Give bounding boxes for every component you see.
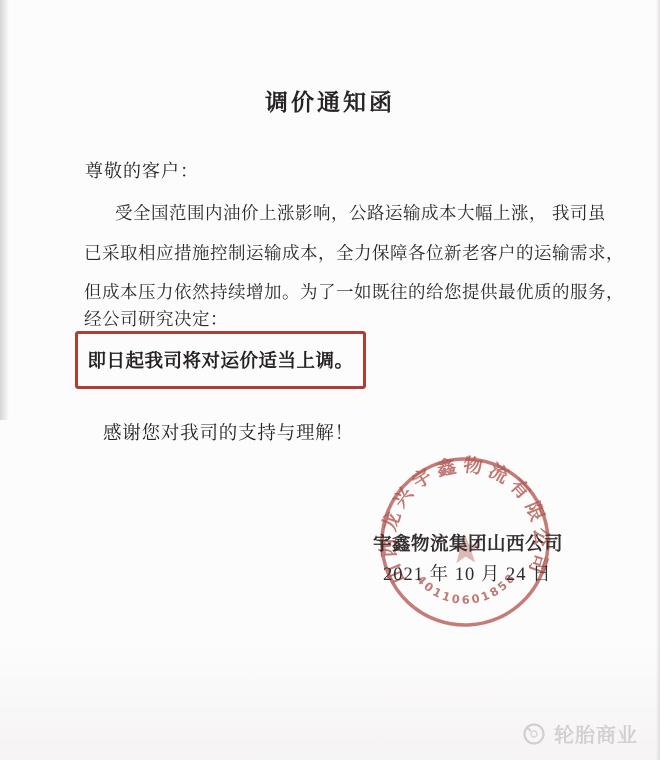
body-line-2: 已采取相应措施控制运输成本，全力保障各位新老客户的运输需求，: [84, 240, 624, 265]
watermark: 轮胎商业: [521, 719, 638, 748]
company-signature: 宇鑫物流集团山西公司: [373, 530, 563, 556]
tire-logo-icon: [521, 721, 547, 747]
scan-edge-shadow-left: [0, 0, 9, 420]
salutation: 尊敬的客户：: [85, 157, 199, 183]
watermark-label: 轮胎商业: [554, 719, 638, 748]
closing-line: 感谢您对我司的支持与理解！: [103, 419, 354, 445]
highlight-box: 即日起我司将对运价适当上调。: [75, 331, 366, 389]
highlight-text: 即日起我司将对运价适当上调。: [87, 347, 353, 373]
scanned-letter-page: 调价通知函 尊敬的客户： 受全国范围内油价上涨影响，公路运输成本大幅上涨， 我司…: [0, 0, 660, 760]
body-line-3: 但成本压力依然持续增加。为了一如既往的给您提供最优质的服务，: [84, 279, 624, 304]
signature-date: 2021 年 10 月 24 日: [383, 560, 552, 586]
body-line-4: 经公司研究决定：: [84, 306, 228, 331]
body-line-1: 受全国范围内油价上涨影响，公路运输成本大幅上涨， 我司虽: [115, 200, 606, 225]
page-title: 调价通知函: [0, 84, 660, 117]
